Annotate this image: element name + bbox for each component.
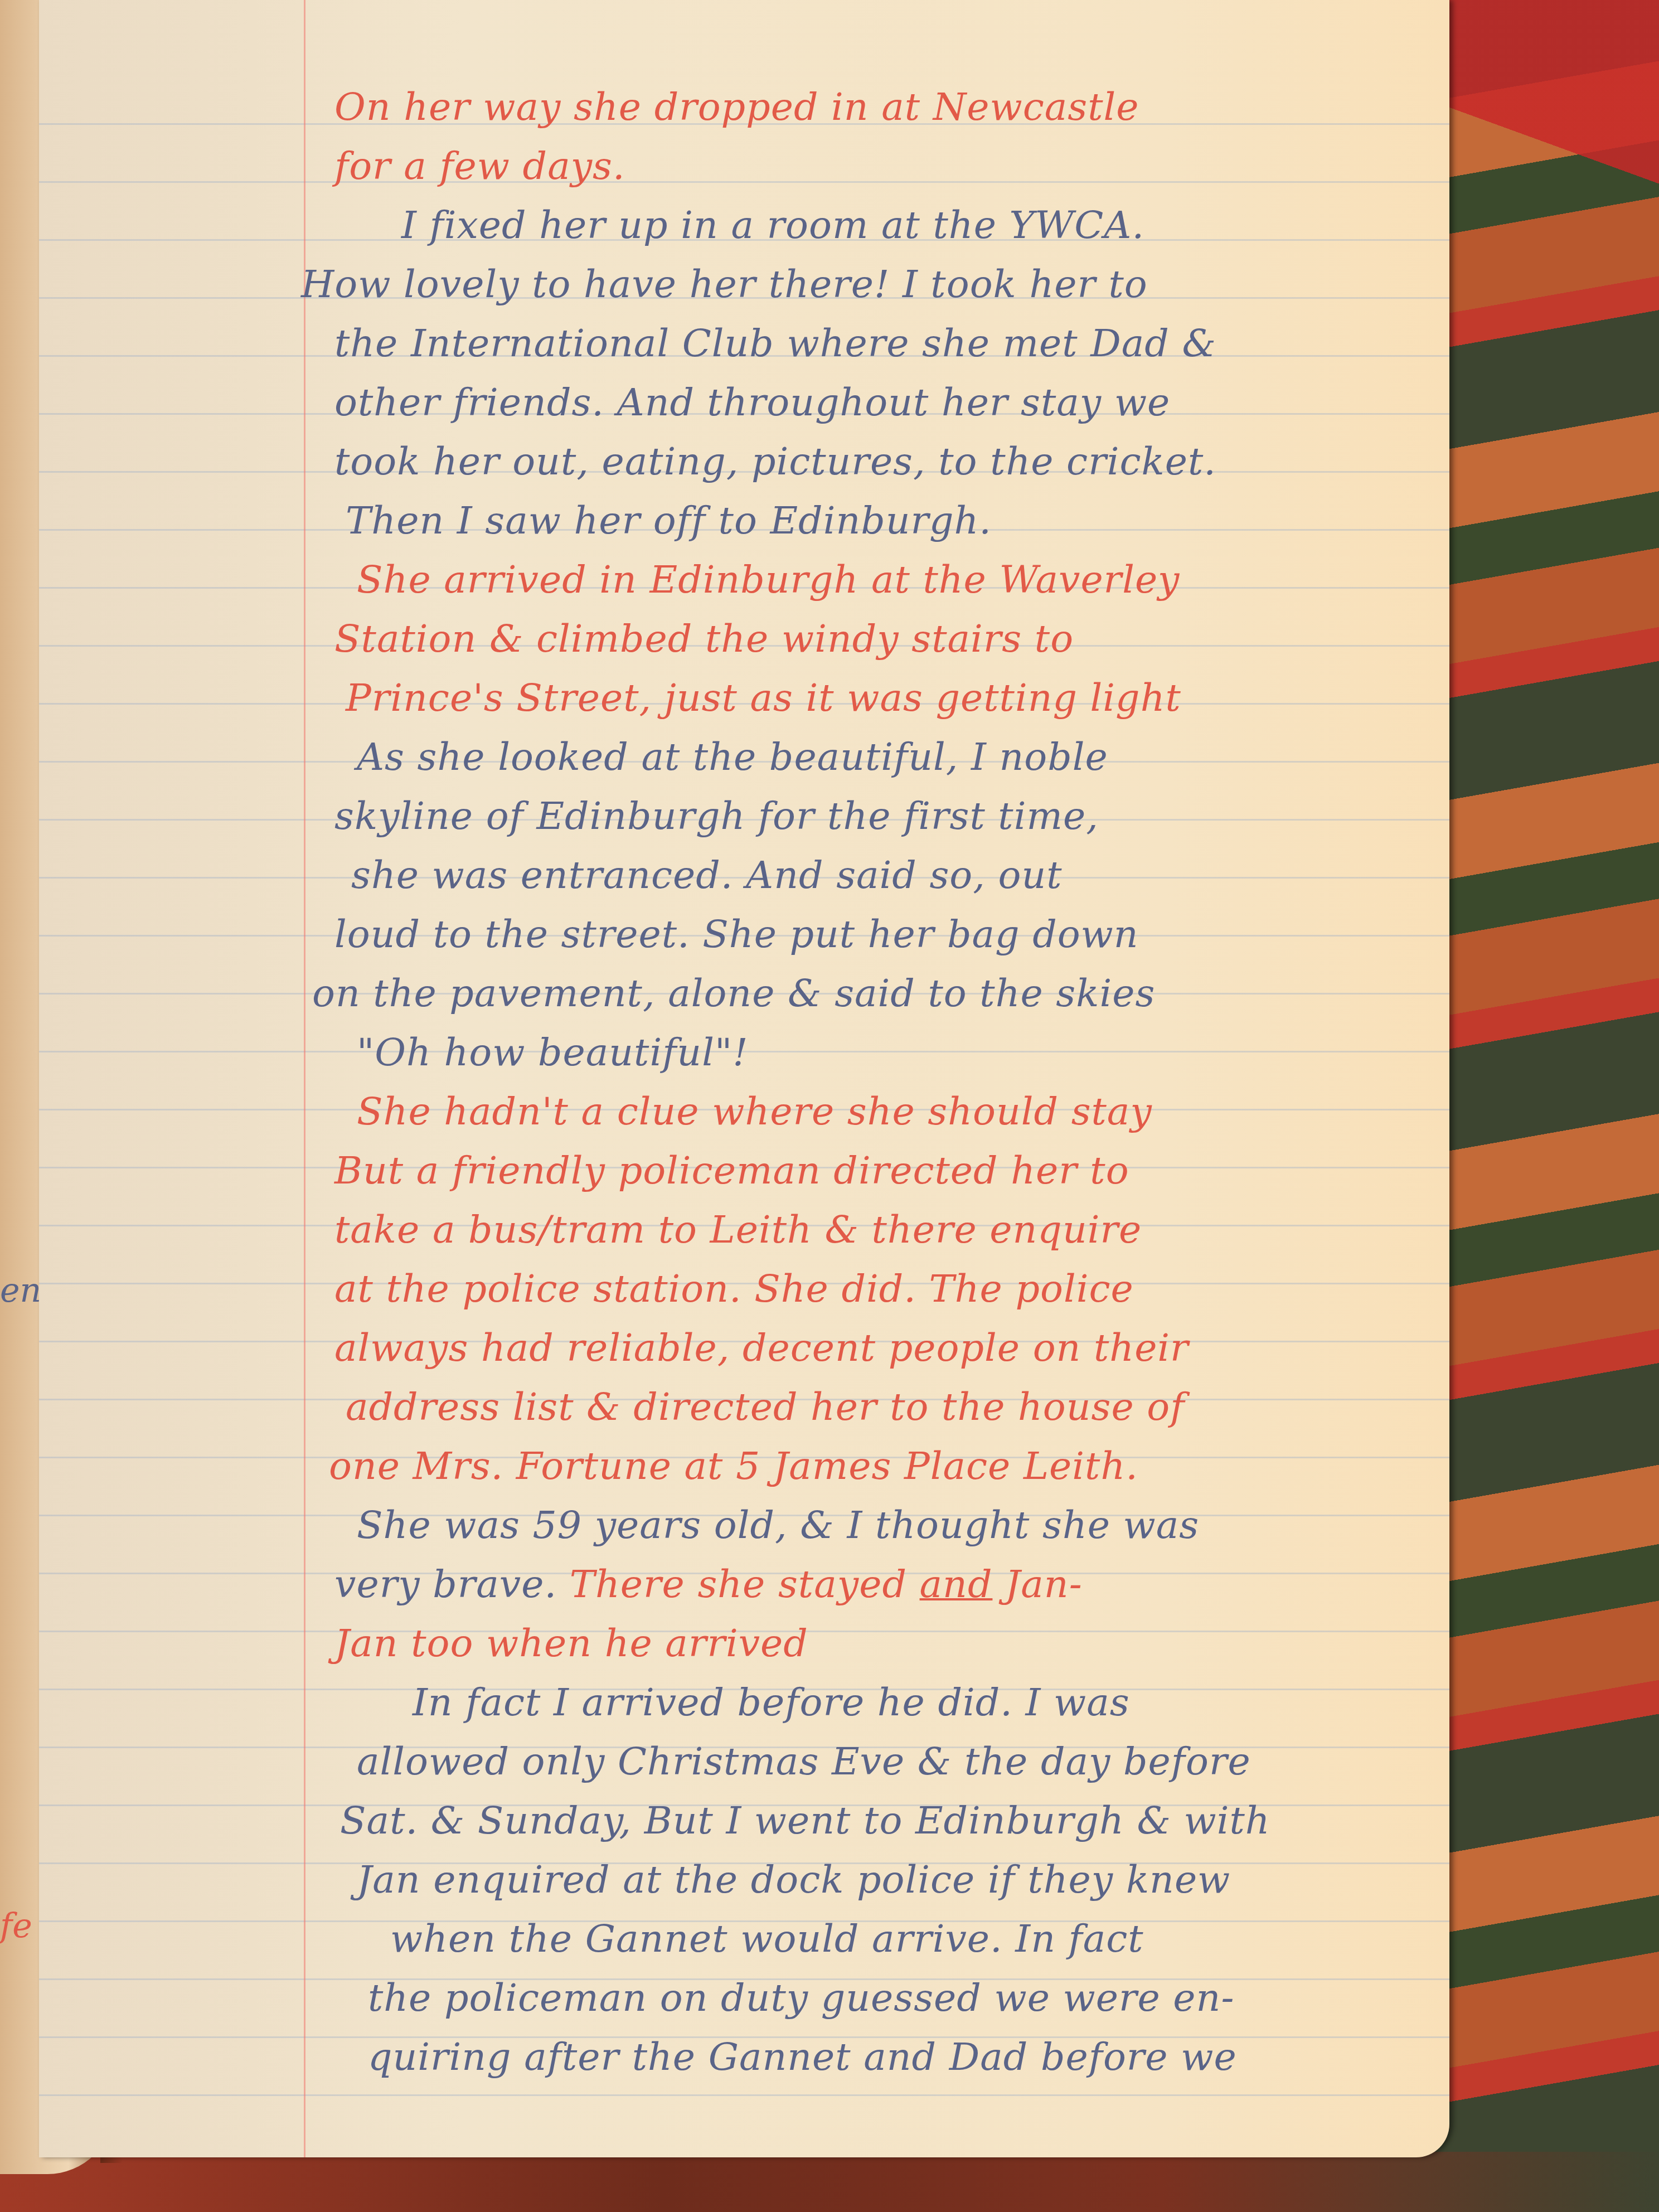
line-text-end: Jan-: [992, 1563, 1082, 1607]
text-line: In fact I arrived before he did. I was: [301, 1673, 1449, 1733]
text-line: take a bus/tram to Leith & there enquire: [301, 1201, 1449, 1260]
line-text: She arrived in Edinburgh at the Waverley: [357, 558, 1180, 602]
text-line: She arrived in Edinburgh at the Waverley: [301, 551, 1449, 610]
text-line: On her way she dropped in at Newcastle: [301, 78, 1449, 137]
background-cloth-bottom: [0, 2152, 1659, 2212]
handwritten-text: On her way she dropped in at Newcastlefo…: [301, 78, 1449, 2087]
text-line: at the police station. She did. The poli…: [301, 1260, 1449, 1319]
line-text: for a few days.: [334, 144, 625, 188]
line-text: In fact I arrived before he did. I was: [413, 1681, 1130, 1725]
line-text: she was entranced. And said so, out: [351, 853, 1063, 898]
line-text-tail: There she stayed: [557, 1563, 920, 1607]
text-line: the policeman on duty guessed we were en…: [301, 1969, 1449, 2028]
line-text: when the Gannet would arrive. In fact: [390, 1917, 1144, 1961]
line-text: Jan enquired at the dock police if they …: [357, 1858, 1230, 1902]
line-text: on the pavement, alone & said to the ski…: [312, 972, 1155, 1016]
line-text: take a bus/tram to Leith & there enquire: [334, 1208, 1142, 1252]
line-text: I fixed her up in a room at the YWCA.: [401, 203, 1144, 248]
line-text: Station & climbed the windy stairs to: [334, 617, 1074, 661]
line-text: quiring after the Gannet and Dad before …: [368, 2035, 1237, 2079]
text-line: the International Club where she met Dad…: [301, 314, 1449, 373]
text-line: Jan too when he arrived: [301, 1614, 1449, 1673]
text-line: As she looked at the beautiful, I noble: [301, 728, 1449, 787]
line-text: one Mrs. Fortune at 5 James Place Leith.: [329, 1444, 1138, 1488]
line-text: address list & directed her to the house…: [346, 1385, 1185, 1429]
text-line: for a few days.: [301, 137, 1449, 196]
line-text: took her out, eating, pictures, to the c…: [334, 440, 1216, 484]
line-text: Jan too when he arrived: [334, 1622, 808, 1666]
text-line: loud to the street. She put her bag down: [301, 905, 1449, 964]
text-line: very brave. There she stayed and Jan-: [301, 1555, 1449, 1614]
notebook-page: On her way she dropped in at Newcastlefo…: [39, 0, 1449, 2157]
underlined-word: and: [920, 1563, 993, 1607]
line-text: the International Club where she met Dad…: [334, 322, 1216, 366]
text-line: But a friendly policeman directed her to: [301, 1142, 1449, 1201]
text-line: other friends. And throughout her stay w…: [301, 373, 1449, 433]
text-line: she was entranced. And said so, out: [301, 846, 1449, 905]
text-line: She was 59 years old, & I thought she wa…: [301, 1496, 1449, 1555]
line-text: Then I saw her off to Edinburgh.: [346, 499, 992, 543]
text-line: address list & directed her to the house…: [301, 1378, 1449, 1437]
left-page-fragment: en: [0, 1271, 41, 1310]
left-page-fragment: fe: [0, 1907, 32, 1946]
line-text: loud to the street. She put her bag down: [334, 913, 1139, 957]
line-text: How lovely to have her there! I took her…: [301, 263, 1148, 307]
line-text: She was 59 years old, & I thought she wa…: [357, 1503, 1199, 1548]
line-text: other friends. And throughout her stay w…: [334, 381, 1170, 425]
line-text: But a friendly policeman directed her to: [334, 1149, 1129, 1193]
text-line: How lovely to have her there! I took her…: [301, 255, 1449, 314]
text-line: on the pavement, alone & said to the ski…: [301, 964, 1449, 1023]
text-line: took her out, eating, pictures, to the c…: [301, 433, 1449, 492]
line-text: very brave.: [334, 1563, 557, 1607]
text-line: one Mrs. Fortune at 5 James Place Leith.: [301, 1437, 1449, 1496]
text-line: Station & climbed the windy stairs to: [301, 610, 1449, 669]
line-text: As she looked at the beautiful, I noble: [357, 735, 1108, 779]
line-text: skyline of Edinburgh for the first time,: [334, 794, 1099, 838]
line-text: at the police station. She did. The poli…: [334, 1267, 1134, 1311]
background-textile: [1427, 0, 1659, 2212]
line-text: allowed only Christmas Eve & the day bef…: [357, 1740, 1251, 1784]
line-text: Sat. & Sunday, But I went to Edinburgh &…: [340, 1799, 1270, 1843]
text-line: Sat. & Sunday, But I went to Edinburgh &…: [301, 1792, 1449, 1851]
text-line: when the Gannet would arrive. In fact: [301, 1910, 1449, 1969]
text-line: Then I saw her off to Edinburgh.: [301, 492, 1449, 551]
line-text: always had reliable, decent people on th…: [334, 1326, 1189, 1370]
text-line: allowed only Christmas Eve & the day bef…: [301, 1733, 1449, 1792]
text-line: She hadn't a clue where she should stay: [301, 1083, 1449, 1142]
line-text: Prince's Street, just as it was getting …: [346, 676, 1181, 720]
text-line: Prince's Street, just as it was getting …: [301, 669, 1449, 728]
line-text: "Oh how beautiful"!: [357, 1031, 749, 1075]
line-text: She hadn't a clue where she should stay: [357, 1090, 1152, 1134]
text-line: quiring after the Gannet and Dad before …: [301, 2028, 1449, 2087]
line-text: On her way she dropped in at Newcastle: [334, 85, 1139, 129]
text-line: "Oh how beautiful"!: [301, 1023, 1449, 1083]
text-line: skyline of Edinburgh for the first time,: [301, 787, 1449, 846]
text-line: I fixed her up in a room at the YWCA.: [301, 196, 1449, 255]
text-line: always had reliable, decent people on th…: [301, 1319, 1449, 1378]
text-line: Jan enquired at the dock police if they …: [301, 1851, 1449, 1910]
line-text: the policeman on duty guessed we were en…: [368, 1976, 1234, 2020]
